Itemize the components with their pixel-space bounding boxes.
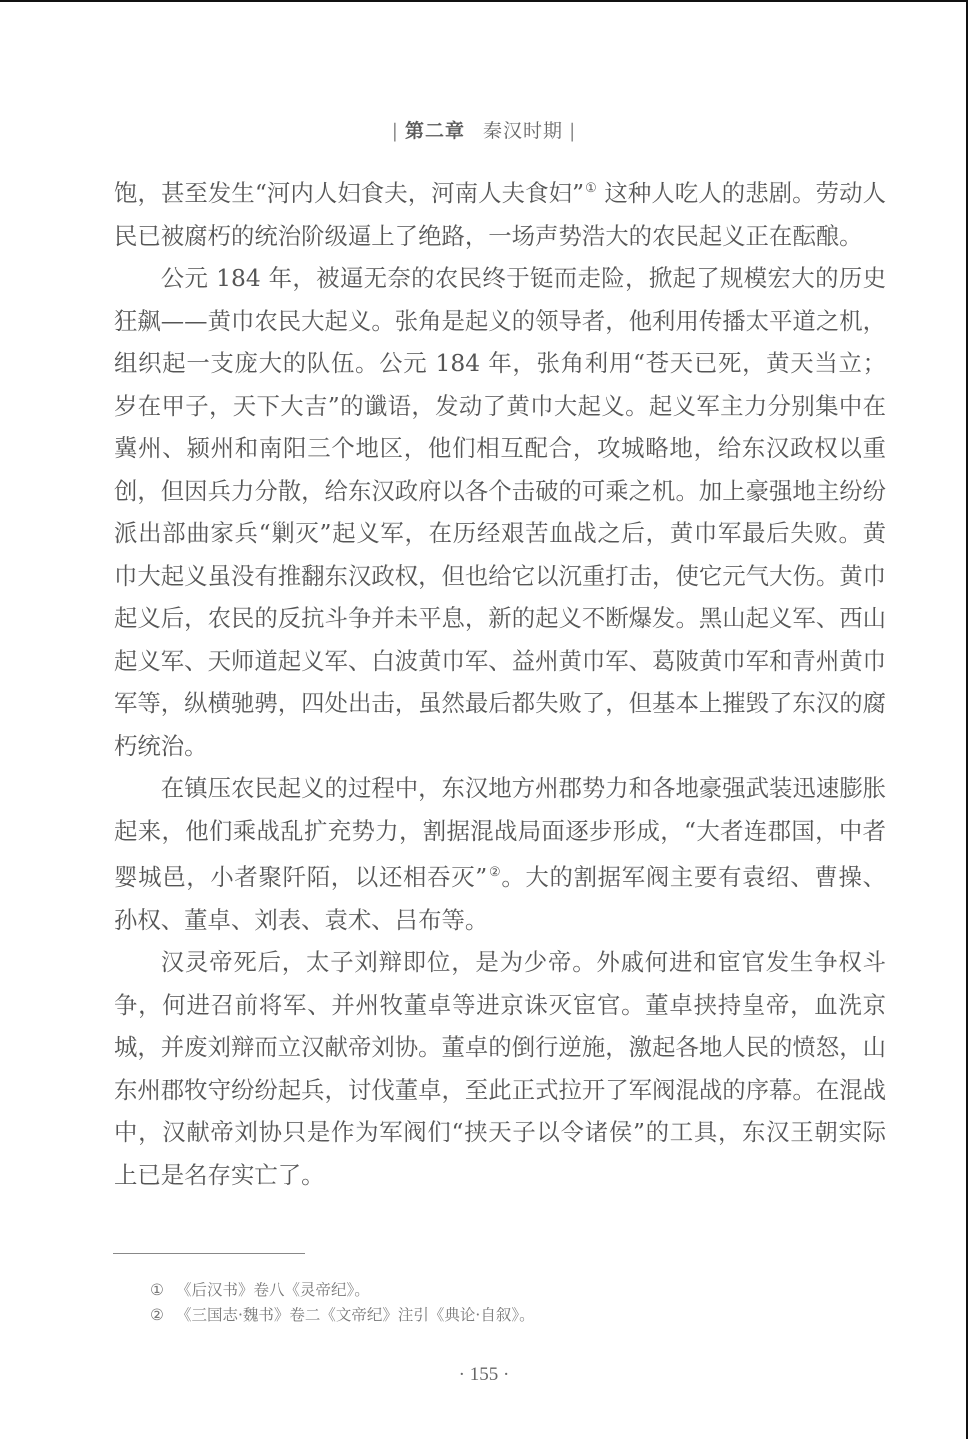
page-number: · 155 · [0,1364,968,1386]
footnote-ref-2[interactable]: ② [488,865,501,880]
paragraph-2: 公元 184 年，被逼无奈的农民终于铤而走险，掀起了规模宏大的历史狂飙——黄巾农… [114,257,886,767]
footnotes: ①《后汉书》卷八《灵帝纪》。 ②《三国志·魏书》卷二《文帝纪》注引《典论·自叙》… [150,1278,535,1328]
paragraph-text: 饱，甚至发生“河内人妇食夫，河南人夫食妇” [114,179,584,207]
paragraph-3: 在镇压农民起义的过程中，东汉地方州郡势力和各地豪强武装迅速膨胀起来，他们乘战乱扩… [114,767,886,941]
chapter-label: 第二章 [405,120,465,142]
footnote-2: ②《三国志·魏书》卷二《文帝纪》注引《典论·自叙》。 [150,1303,535,1328]
footnote-number: ① [150,1278,176,1303]
paragraph-4: 汉灵帝死后，太子刘辩即位，是为少帝。外戚何进和宦官发生争权斗争，何进召前将军、并… [114,941,886,1196]
footnote-1: ①《后汉书》卷八《灵帝纪》。 [150,1278,535,1303]
running-head: |第二章秦汉时期| [0,116,968,143]
running-head-right-bar: | [569,120,576,142]
footnote-text: 《三国志·魏书》卷二《文帝纪》注引《典论·自叙》。 [176,1306,535,1324]
paragraph-1: 饱，甚至发生“河内人妇食夫，河南人夫食妇”① 这种人吃人的悲剧。劳动人民已被腐朽… [114,168,886,257]
body-text: 饱，甚至发生“河内人妇食夫，河南人夫食妇”① 这种人吃人的悲剧。劳动人民已被腐朽… [114,168,886,1196]
footnote-divider [113,1253,305,1254]
footnote-ref-1[interactable]: ① [585,181,597,196]
chapter-title: 秦汉时期 [483,120,563,142]
footnote-text: 《后汉书》卷八《灵帝纪》。 [176,1281,370,1299]
running-head-left-bar: | [392,120,399,142]
paragraph-text: 汉灵帝死后，太子刘辩即位，是为少帝。外戚何进和宦官发生争权斗争，何进召前将军、并… [114,948,886,1189]
footnote-number: ② [150,1303,176,1328]
paragraph-text: 公元 184 年，被逼无奈的农民终于铤而走险，掀起了规模宏大的历史狂飙——黄巾农… [114,264,886,760]
